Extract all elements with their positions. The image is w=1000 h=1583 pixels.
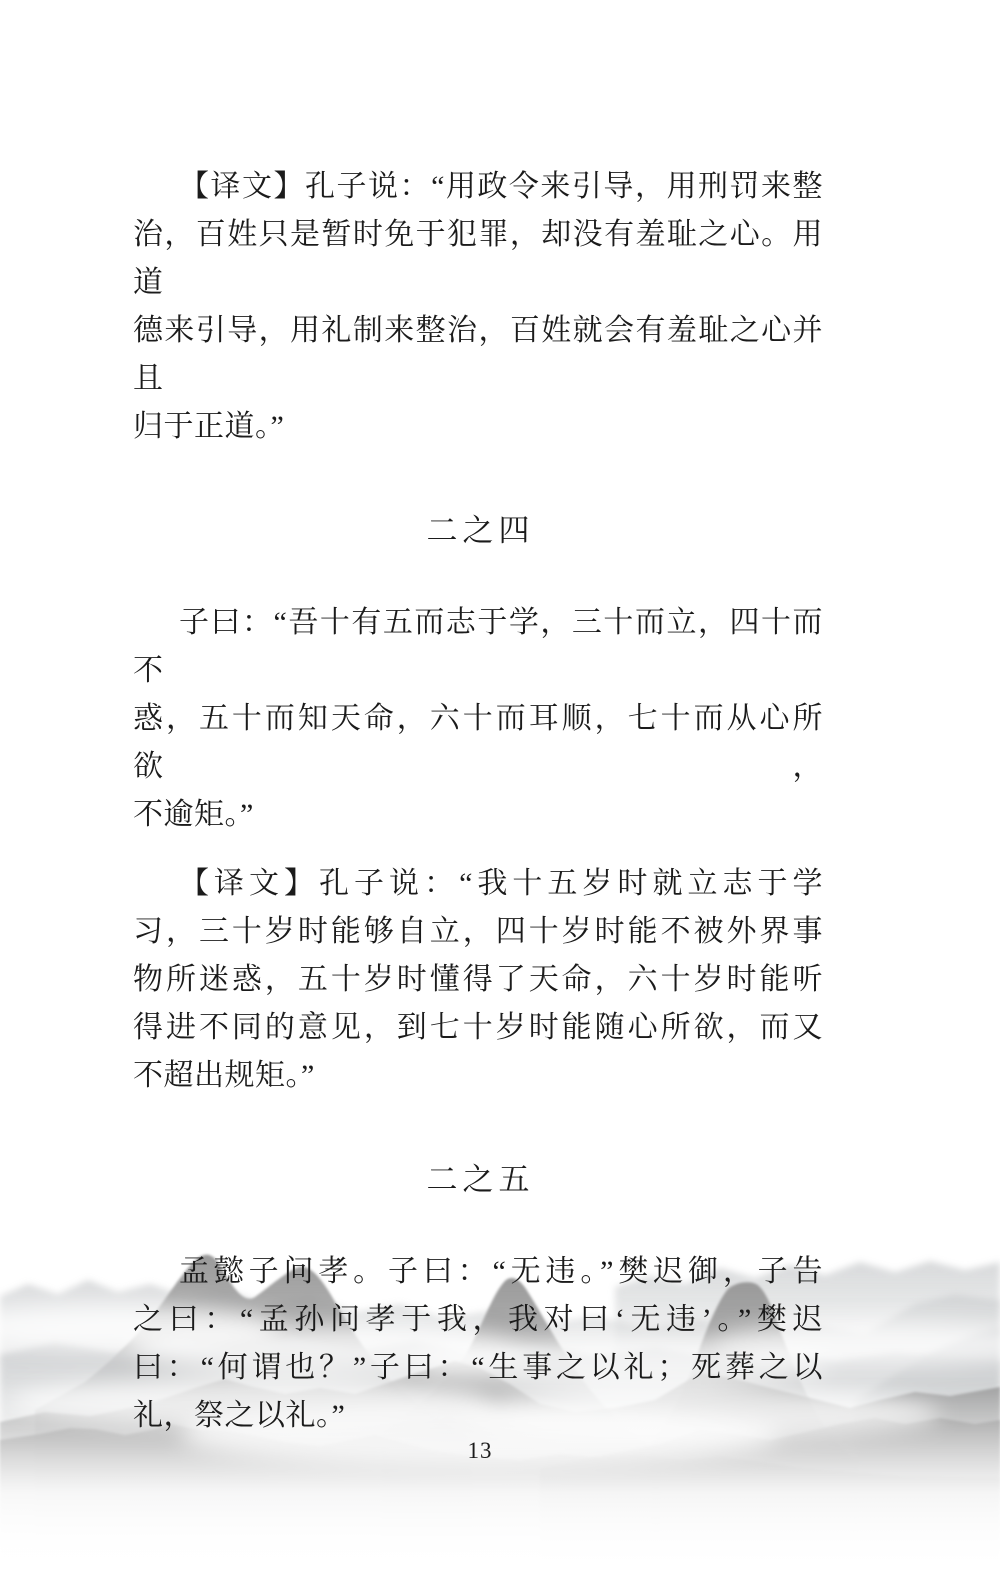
text-line: 治，百姓只是暂时免于犯罪，却没有羞耻之心。用道: [133, 211, 823, 307]
page-number: 13: [0, 1438, 960, 1464]
text-line: 不逾矩。”: [133, 791, 823, 839]
text-content: 【译文】孔子说：“用政令来引导，用刑罚来整治，百姓只是暂时免于犯罪，却没有羞耻之…: [133, 163, 823, 1440]
text-line: 习，三十岁时能够自立，四十岁时能不被外界事: [133, 908, 823, 956]
paragraph: 【译文】孔子说：“用政令来引导，用刑罚来整治，百姓只是暂时免于犯罪，却没有羞耻之…: [133, 163, 823, 451]
book-page: 【译文】孔子说：“用政令来引导，用刑罚来整治，百姓只是暂时免于犯罪，却没有羞耻之…: [0, 0, 1000, 1583]
section-heading: 二之四: [133, 507, 823, 555]
paragraph: 子曰：“吾十有五而志于学，三十而立，四十而不惑，五十而知天命，六十而耳顺，七十而…: [133, 599, 823, 839]
paragraph: 【译文】孔子说：“我十五岁时就立志于学习，三十岁时能够自立，四十岁时能不被外界事…: [133, 860, 823, 1100]
text-line: 惑，五十而知天命，六十而耳顺，七十而从心所欲，: [133, 695, 823, 791]
text-line: 得进不同的意见，到七十岁时能随心所欲，而又: [133, 1004, 823, 1052]
text-line: 不超出规矩。”: [133, 1052, 823, 1100]
paragraph: 孟懿子问孝。子曰：“无违。”樊迟御，子告之曰：“孟孙问孝于我，我对曰‘无违’。”…: [133, 1248, 823, 1440]
text-line: 曰：“何谓也？”子曰：“生事之以礼；死葬之以: [133, 1344, 823, 1392]
text-line: 【译文】孔子说：“我十五岁时就立志于学: [133, 860, 823, 908]
text-line: 礼，祭之以礼。”: [133, 1392, 823, 1440]
text-line: 德来引导，用礼制来整治，百姓就会有羞耻之心并且: [133, 307, 823, 403]
section-heading: 二之五: [133, 1156, 823, 1204]
text-line: 子曰：“吾十有五而志于学，三十而立，四十而不: [133, 599, 823, 695]
text-line: 孟懿子问孝。子曰：“无违。”樊迟御，子告: [133, 1248, 823, 1296]
text-line: 归于正道。”: [133, 403, 823, 451]
text-line: 【译文】孔子说：“用政令来引导，用刑罚来整: [133, 163, 823, 211]
text-line: 之曰：“孟孙问孝于我，我对曰‘无违’。”樊迟: [133, 1296, 823, 1344]
text-line: 物所迷惑，五十岁时懂得了天命，六十岁时能听: [133, 956, 823, 1004]
